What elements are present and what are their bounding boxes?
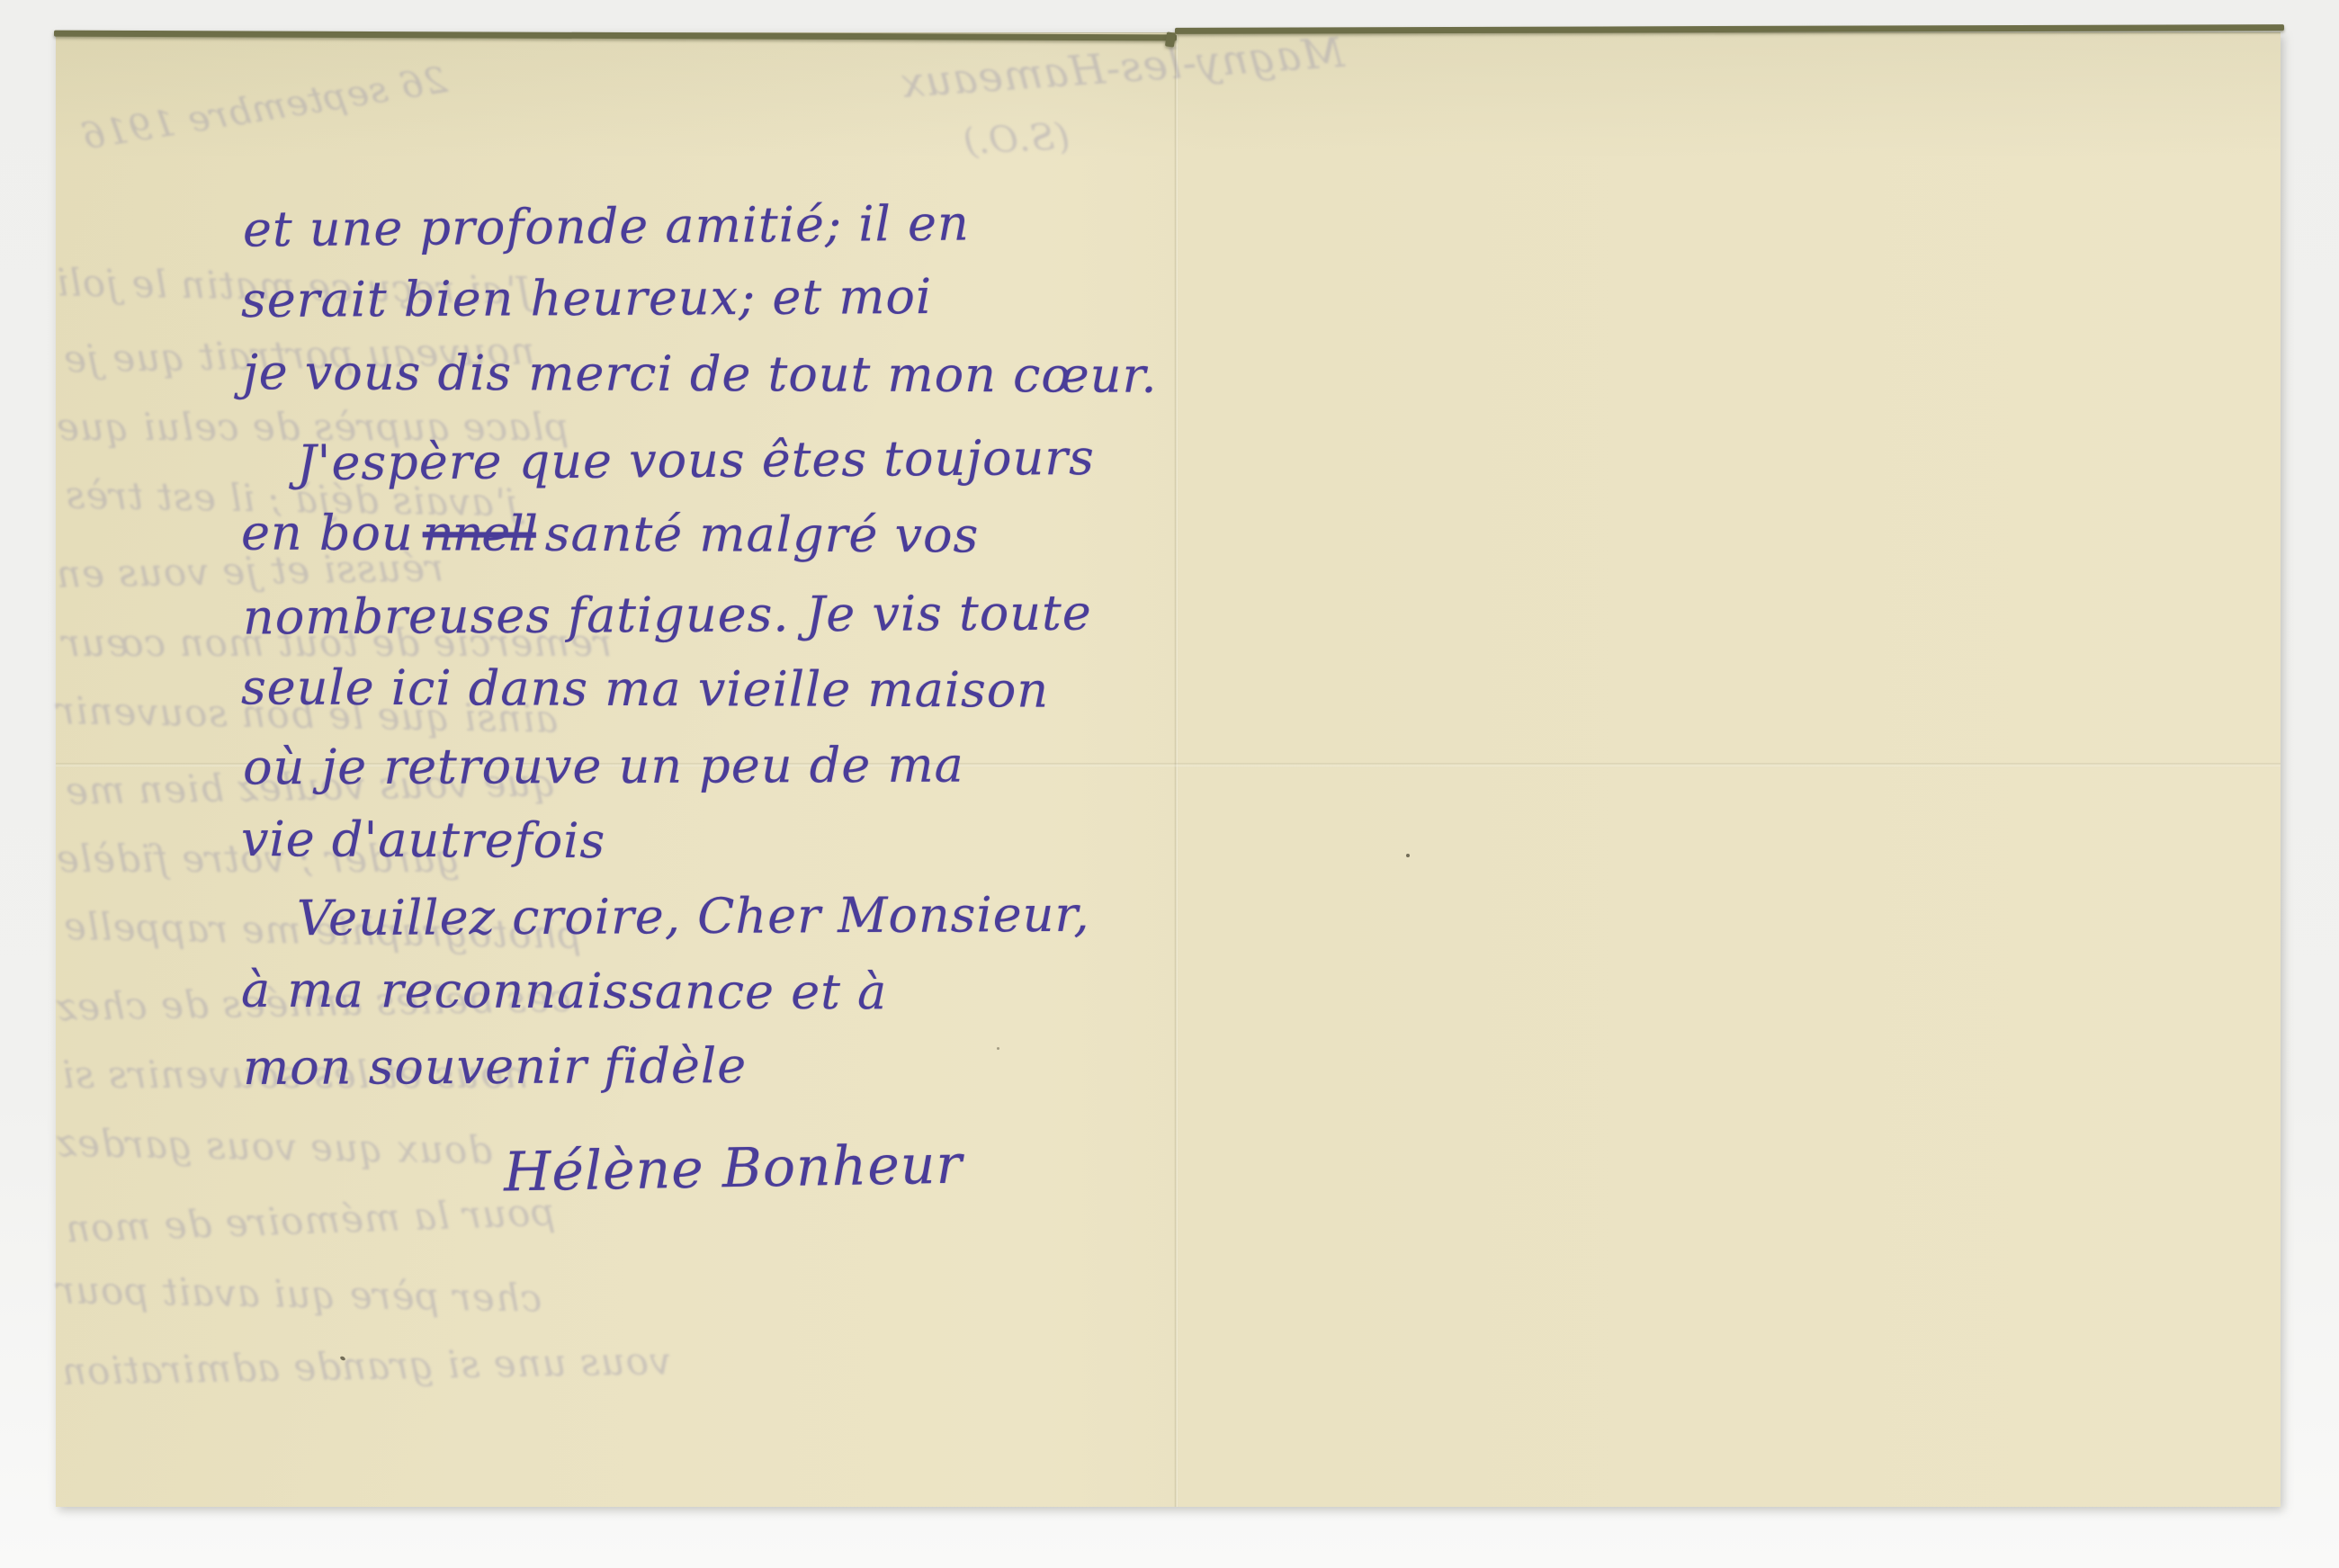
letter-line: Veuillez croire, Cher Monsieur, [297, 886, 1090, 947]
paper-speck [997, 1047, 999, 1050]
letter-line: à ma reconnaissance et à [241, 962, 887, 1021]
letter-line-part: en bou [241, 505, 414, 562]
scan-background: Magny-les-Hameaux (S.O.) 26 septembre 19… [0, 0, 2339, 1568]
bleedthrough-dept-line: (S.O.) [962, 116, 1071, 163]
paper-speck [1406, 854, 1410, 857]
letter-line: où je retrouve un peu de ma [243, 737, 964, 796]
letter-line: nombreuses fatigues. Je vis toute [243, 585, 1092, 646]
letter-line: J'espère que vous êtes toujours [297, 429, 1095, 491]
letter-line: serait bien heureux; et moi [241, 268, 933, 328]
letter-line-part: santé malgré vos [545, 506, 980, 564]
bleedthrough-line: cher père qui avait pour [56, 1268, 542, 1320]
letter-page: Magny-les-Hameaux (S.O.) 26 septembre 19… [56, 32, 2281, 1507]
signature: Hélène Bonheur [503, 1133, 963, 1205]
letter-line: vie d'autrefois [241, 811, 606, 869]
letter-line: et une profonde amitié; il en [243, 194, 970, 257]
bleedthrough-date-line: 26 septembre 1916 [78, 59, 450, 158]
vertical-fold-crease [1174, 32, 1178, 1507]
bleedthrough-line: doux que vous gardez [56, 1121, 493, 1172]
letter-line: seule ici dans ma vieille maison [241, 659, 1049, 718]
letter-line: mon souvenir fidèle [243, 1037, 747, 1096]
struck-out-word: nnell [423, 505, 536, 561]
letter-line: je vous dis merci de tout mon cœur. [243, 344, 1158, 404]
letter-line-with-strikethrough: en bounnellsanté malgré vos [241, 505, 979, 564]
bleedthrough-line: pour la mémoire de mon [64, 1190, 556, 1251]
bleedthrough-line: vous une si grande admiration [61, 1339, 671, 1393]
